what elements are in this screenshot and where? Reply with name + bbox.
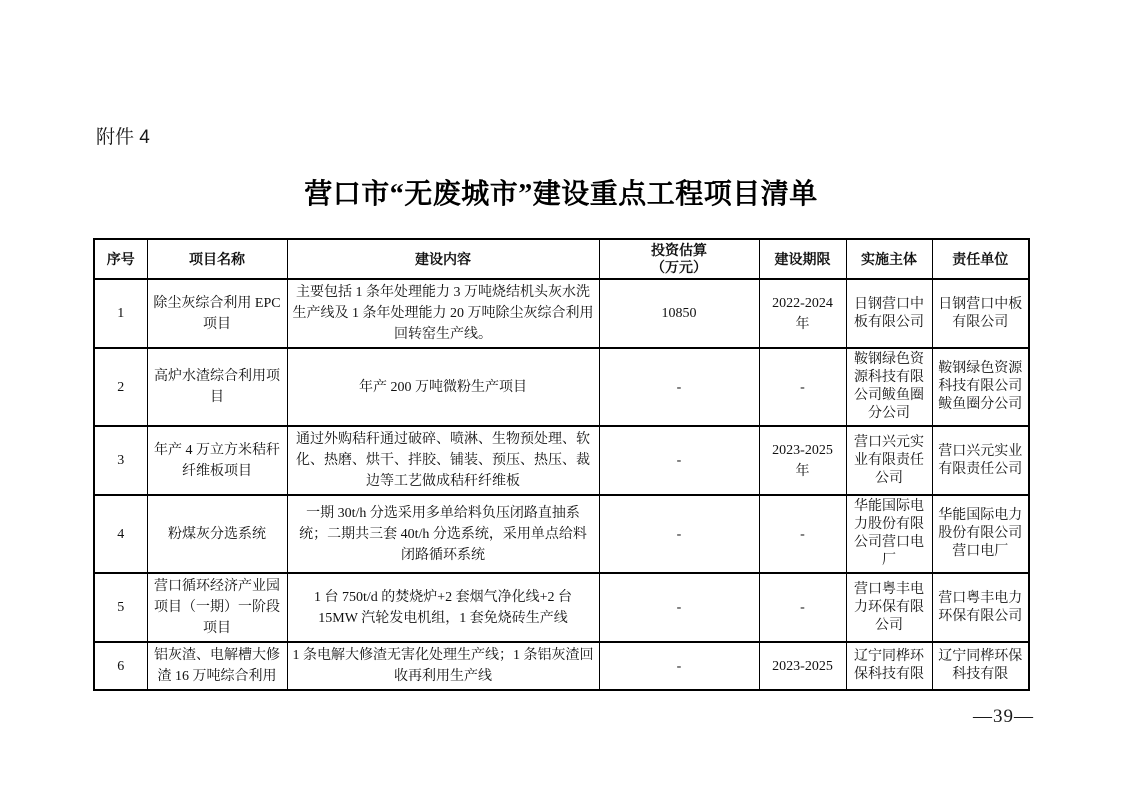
cell-content: 1 条电解大修渣无害化处理生产线；1 条铝灰渣回收再利用生产线	[287, 642, 599, 690]
cell-responsible: 辽宁同桦环保科技有限	[932, 642, 1029, 690]
cell-implementer: 日钢营口中板有限公司	[846, 279, 932, 348]
table-row: 6 铝灰渣、电解槽大修渣 16 万吨综合利用 1 条电解大修渣无害化处理生产线；…	[94, 642, 1029, 690]
cell-period: 2023-2025 年	[759, 426, 846, 495]
cell-investment: -	[599, 426, 759, 495]
cell-implementer: 鞍钢绿色资源科技有限公司鲅鱼圈分公司	[846, 348, 932, 426]
cell-no: 5	[94, 573, 147, 642]
cell-responsible: 鞍钢绿色资源科技有限公司鲅鱼圈分公司	[932, 348, 1029, 426]
cell-content: 主要包括 1 条年处理能力 3 万吨烧结机头灰水洗生产线及 1 条年处理能力 2…	[287, 279, 599, 348]
cell-investment: 10850	[599, 279, 759, 348]
column-header-investment: 投资估算 （万元）	[599, 239, 759, 279]
project-table: 序号 项目名称 建设内容 投资估算 （万元） 建设期限 实施主体 责任单位 1 …	[93, 238, 1030, 691]
cell-implementer: 华能国际电力股份有限公司营口电厂	[846, 495, 932, 573]
column-header-name: 项目名称	[147, 239, 287, 279]
cell-no: 4	[94, 495, 147, 573]
cell-period: -	[759, 573, 846, 642]
column-header-no: 序号	[94, 239, 147, 279]
cell-period: 2023-2025	[759, 642, 846, 690]
table-header-row: 序号 项目名称 建设内容 投资估算 （万元） 建设期限 实施主体 责任单位	[94, 239, 1029, 279]
cell-content: 一期 30t/h 分选采用多单给料负压闭路直抽系统；二期共三套 40t/h 分选…	[287, 495, 599, 573]
cell-period: -	[759, 348, 846, 426]
cell-responsible: 华能国际电力股份有限公司营口电厂	[932, 495, 1029, 573]
table-row: 5 营口循环经济产业园项目（一期）一阶段项目 1 台 750t/d 的焚烧炉+2…	[94, 573, 1029, 642]
cell-period: -	[759, 495, 846, 573]
cell-project-name: 铝灰渣、电解槽大修渣 16 万吨综合利用	[147, 642, 287, 690]
column-header-responsible: 责任单位	[932, 239, 1029, 279]
cell-no: 2	[94, 348, 147, 426]
table-row: 3 年产 4 万立方米秸秆纤维板项目 通过外购秸秆通过破碎、喷淋、生物预处理、软…	[94, 426, 1029, 495]
cell-responsible: 营口兴元实业有限责任公司	[932, 426, 1029, 495]
cell-project-name: 年产 4 万立方米秸秆纤维板项目	[147, 426, 287, 495]
cell-project-name: 营口循环经济产业园项目（一期）一阶段项目	[147, 573, 287, 642]
table-row: 1 除尘灰综合利用 EPC 项目 主要包括 1 条年处理能力 3 万吨烧结机头灰…	[94, 279, 1029, 348]
cell-content: 通过外购秸秆通过破碎、喷淋、生物预处理、软化、热磨、烘干、拌胶、铺装、预压、热压…	[287, 426, 599, 495]
table-row: 2 高炉水渣综合利用项目 年产 200 万吨微粉生产项目 - - 鞍钢绿色资源科…	[94, 348, 1029, 426]
cell-responsible: 日钢营口中板有限公司	[932, 279, 1029, 348]
cell-no: 1	[94, 279, 147, 348]
table-row: 4 粉煤灰分选系统 一期 30t/h 分选采用多单给料负压闭路直抽系统；二期共三…	[94, 495, 1029, 573]
cell-investment: -	[599, 348, 759, 426]
page-number: —39—	[973, 706, 1034, 728]
page-title: 营口市“无废城市”建设重点工程项目清单	[0, 172, 1122, 212]
cell-investment: -	[599, 495, 759, 573]
column-header-content: 建设内容	[287, 239, 599, 279]
cell-period: 2022-2024 年	[759, 279, 846, 348]
cell-project-name: 高炉水渣综合利用项目	[147, 348, 287, 426]
cell-content: 年产 200 万吨微粉生产项目	[287, 348, 599, 426]
cell-project-name: 除尘灰综合利用 EPC 项目	[147, 279, 287, 348]
cell-investment: -	[599, 642, 759, 690]
column-header-period: 建设期限	[759, 239, 846, 279]
cell-no: 3	[94, 426, 147, 495]
attachment-label: 附件 4	[96, 122, 150, 149]
cell-implementer: 辽宁同桦环保科技有限	[846, 642, 932, 690]
cell-implementer: 营口粤丰电力环保有限公司	[846, 573, 932, 642]
document-page: 附件 4 营口市“无废城市”建设重点工程项目清单 序号 项目名称 建设内容 投资…	[0, 0, 1122, 793]
cell-project-name: 粉煤灰分选系统	[147, 495, 287, 573]
cell-no: 6	[94, 642, 147, 690]
cell-content: 1 台 750t/d 的焚烧炉+2 套烟气净化线+2 台 15MW 汽轮发电机组…	[287, 573, 599, 642]
column-header-implementer: 实施主体	[846, 239, 932, 279]
cell-implementer: 营口兴元实业有限责任公司	[846, 426, 932, 495]
cell-investment: -	[599, 573, 759, 642]
cell-responsible: 营口粤丰电力环保有限公司	[932, 573, 1029, 642]
